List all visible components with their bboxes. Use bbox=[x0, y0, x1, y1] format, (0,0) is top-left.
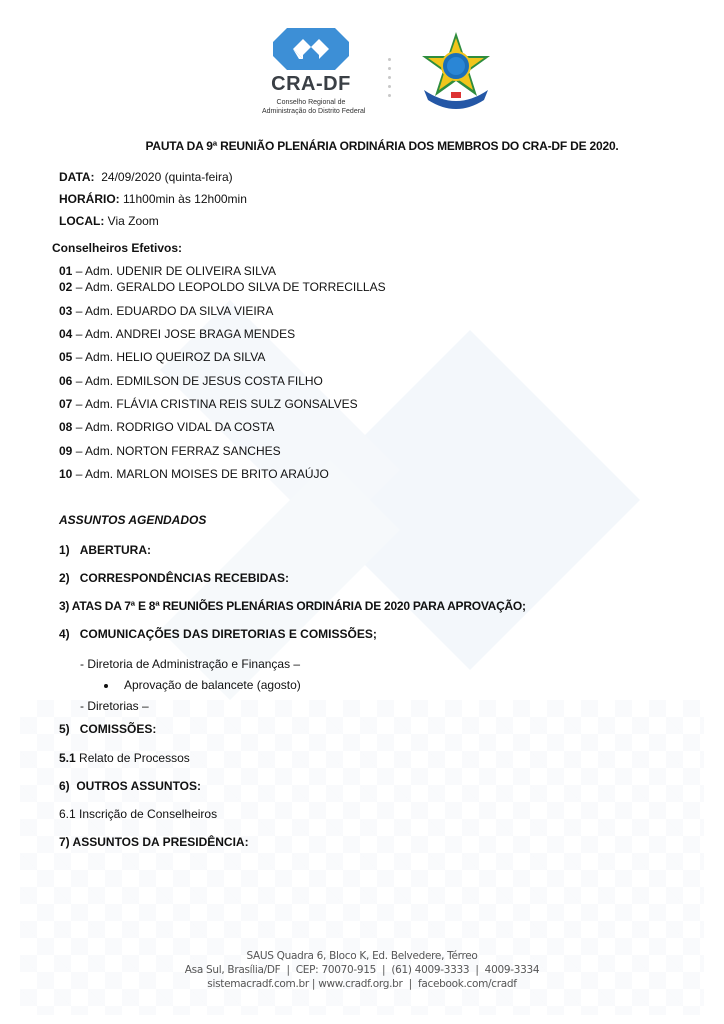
member-number: 04 bbox=[59, 327, 72, 341]
member-name: – Adm. RODRIGO VIDAL DA COSTA bbox=[76, 420, 275, 434]
member-number: 01 bbox=[59, 264, 72, 278]
item-number: 5) bbox=[59, 722, 70, 736]
item-label: ABERTURA: bbox=[80, 543, 151, 557]
item-number: 2) bbox=[59, 571, 70, 585]
footer-line-3: sistemacradf.com.br | www.cradf.org.br |… bbox=[0, 977, 724, 991]
member-item: 08 – Adm. RODRIGO VIDAL DA COSTA bbox=[59, 420, 274, 434]
member-number: 10 bbox=[59, 467, 72, 481]
footer-line-2: Asa Sul, Brasília/DF | CEP: 70070-915 | … bbox=[0, 963, 724, 977]
member-number: 07 bbox=[59, 397, 72, 411]
time-label: HORÁRIO: bbox=[59, 192, 120, 206]
member-item: 07 – Adm. FLÁVIA CRISTINA REIS SULZ GONS… bbox=[59, 397, 358, 411]
date-label: DATA: bbox=[59, 170, 95, 184]
sub-text: Relato de Processos bbox=[79, 751, 190, 765]
member-number: 02 bbox=[59, 280, 72, 294]
item-label: COMUNICAÇÕES DAS DIRETORIAS E COMISSÕES; bbox=[80, 627, 377, 641]
date-value: 24/09/2020 (quinta-feira) bbox=[101, 170, 232, 184]
meta-date: DATA: 24/09/2020 (quinta-feira) bbox=[59, 170, 233, 184]
logo-org-line1: Conselho Regional de bbox=[262, 98, 360, 107]
meta-place: LOCAL: Via Zoom bbox=[59, 214, 159, 228]
member-number: 08 bbox=[59, 420, 72, 434]
member-item: 10 – Adm. MARLON MOISES DE BRITO ARAÚJO bbox=[59, 467, 329, 481]
member-item: 09 – Adm. NORTON FERRAZ SANCHES bbox=[59, 444, 281, 458]
member-item: 01 – Adm. UDENIR DE OLIVEIRA SILVA bbox=[59, 264, 276, 278]
place-label: LOCAL: bbox=[59, 214, 104, 228]
member-name: – Adm. NORTON FERRAZ SANCHES bbox=[76, 444, 281, 458]
time-value: 11h00min às 12h00min bbox=[123, 192, 247, 206]
logo-org-line2: Administração do Distrito Federal bbox=[262, 107, 360, 116]
member-name: – Adm. UDENIR DE OLIVEIRA SILVA bbox=[76, 264, 276, 278]
member-name: – Adm. ANDREI JOSE BRAGA MENDES bbox=[76, 327, 295, 341]
member-number: 06 bbox=[59, 374, 72, 388]
cra-df-logo: CRA-DF Conselho Regional de Administraçã… bbox=[262, 28, 360, 116]
bullet-icon bbox=[104, 684, 108, 688]
place-value: Via Zoom bbox=[108, 214, 159, 228]
header-divider-dots bbox=[388, 58, 392, 103]
logo-org-short: CRA-DF bbox=[262, 74, 360, 94]
agenda-item-2: 2) CORRESPONDÊNCIAS RECEBIDAS: bbox=[59, 571, 289, 585]
item-number: 4) bbox=[59, 627, 70, 641]
member-name: – Adm. EDMILSON DE JESUS COSTA FILHO bbox=[76, 374, 323, 388]
bullet-text: Aprovação de balancete (agosto) bbox=[124, 678, 301, 692]
item-number: 1) bbox=[59, 543, 70, 557]
agenda-item-4: 4) COMUNICAÇÕES DAS DIRETORIAS E COMISSÕ… bbox=[59, 627, 377, 641]
footer-address: SAUS Quadra 6, Bloco K, Ed. Belvedere, T… bbox=[0, 949, 724, 991]
agenda-item-6: 6) OUTROS ASSUNTOS: bbox=[59, 779, 201, 793]
sub-number: 5.1 bbox=[59, 751, 76, 765]
member-name: – Adm. HELIO QUEIROZ DA SILVA bbox=[76, 350, 266, 364]
agenda-item-3: 3) ATAS DA 7ª E 8ª REUNIÕES PLENÁRIAS OR… bbox=[59, 599, 526, 613]
agenda-sub-4a: - Diretoria de Administração e Finanças … bbox=[80, 657, 300, 671]
member-item: 03 – Adm. EDUARDO DA SILVA VIEIRA bbox=[59, 304, 273, 318]
member-name: – Adm. MARLON MOISES DE BRITO ARAÚJO bbox=[76, 467, 329, 481]
member-number: 03 bbox=[59, 304, 72, 318]
member-number: 05 bbox=[59, 350, 72, 364]
agenda-sub-5: 5.1 Relato de Processos bbox=[59, 751, 190, 765]
item-label: COMISSÕES: bbox=[80, 722, 157, 736]
agenda-sub-4a-bullet: Aprovação de balancete (agosto) bbox=[104, 678, 301, 692]
agenda-sub-6: 6.1 Inscrição de Conselheiros bbox=[59, 807, 217, 821]
item-label: CORRESPONDÊNCIAS RECEBIDAS: bbox=[80, 571, 289, 585]
footer-line-1: SAUS Quadra 6, Bloco K, Ed. Belvedere, T… bbox=[0, 949, 724, 963]
member-item: 06 – Adm. EDMILSON DE JESUS COSTA FILHO bbox=[59, 374, 323, 388]
background-watermark bbox=[0, 0, 724, 1024]
member-number: 09 bbox=[59, 444, 72, 458]
item-label: OUTROS ASSUNTOS: bbox=[76, 779, 201, 793]
cra-diamond-logo-icon bbox=[273, 28, 349, 70]
item-number: 6) bbox=[59, 779, 70, 793]
agenda-item-7: 7) ASSUNTOS DA PRESIDÊNCIA: bbox=[59, 835, 249, 849]
members-heading: Conselheiros Efetivos: bbox=[52, 241, 182, 255]
member-item: 05 – Adm. HELIO QUEIROZ DA SILVA bbox=[59, 350, 265, 364]
member-name: – Adm. FLÁVIA CRISTINA REIS SULZ GONSALV… bbox=[76, 397, 358, 411]
member-item: 02 – Adm. GERALDO LEOPOLDO SILVA DE TORR… bbox=[59, 280, 386, 294]
agenda-heading: ASSUNTOS AGENDADOS bbox=[59, 513, 206, 527]
agenda-item-5: 5) COMISSÕES: bbox=[59, 722, 156, 736]
agenda-item-1: 1) ABERTURA: bbox=[59, 543, 151, 557]
agenda-sub-4b: - Diretorias – bbox=[80, 699, 149, 713]
meta-time: HORÁRIO: 11h00min às 12h00min bbox=[59, 192, 247, 206]
brazil-coat-of-arms-icon bbox=[418, 30, 494, 110]
document-title: PAUTA DA 9ª REUNIÃO PLENÁRIA ORDINÁRIA D… bbox=[0, 139, 724, 153]
member-item: 04 – Adm. ANDREI JOSE BRAGA MENDES bbox=[59, 327, 295, 341]
member-name: – Adm. EDUARDO DA SILVA VIEIRA bbox=[76, 304, 274, 318]
member-name: – Adm. GERALDO LEOPOLDO SILVA DE TORRECI… bbox=[76, 280, 386, 294]
